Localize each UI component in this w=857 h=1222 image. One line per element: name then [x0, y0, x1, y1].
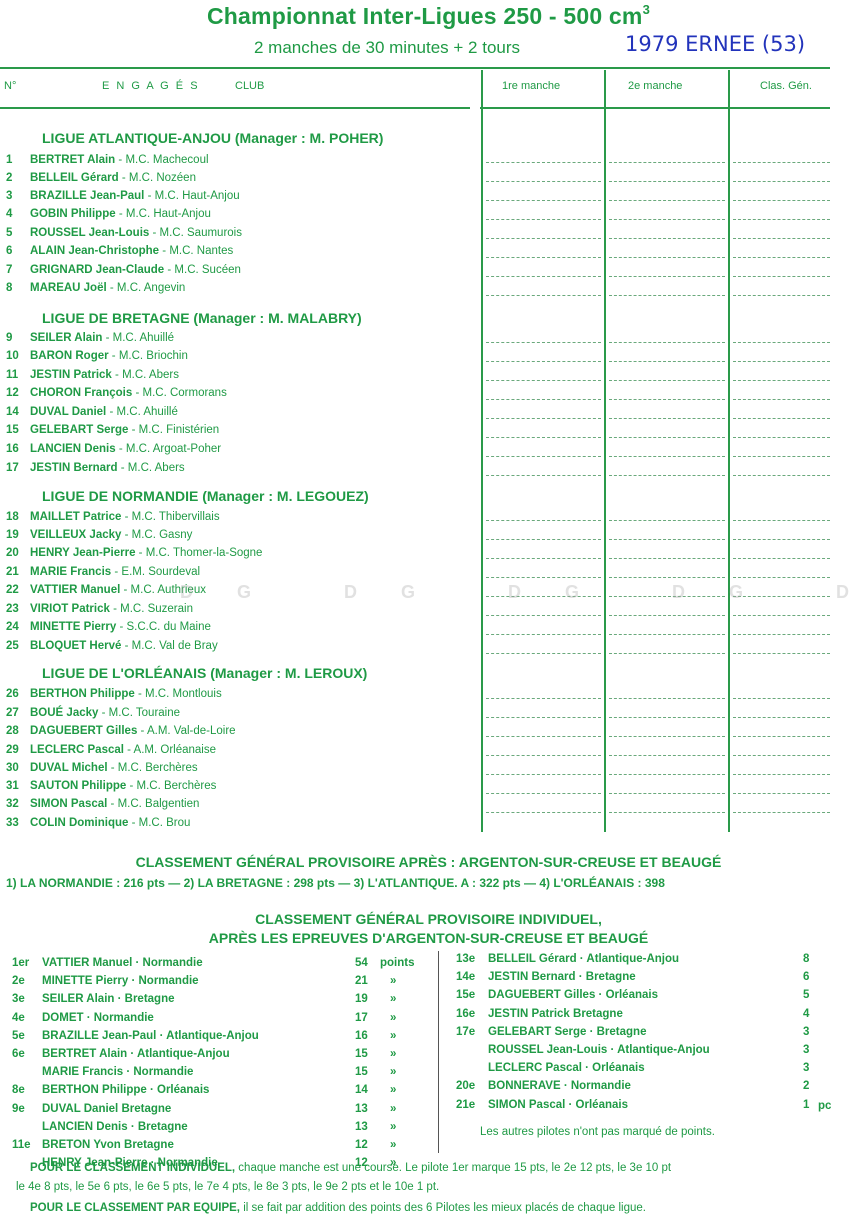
points: 2 [803, 1080, 809, 1092]
score-line [733, 437, 830, 438]
rule-team: POUR LE CLASSEMENT PAR EQUIPE, il se fai… [30, 1202, 646, 1214]
score-line [733, 558, 830, 559]
individual-standings-heading-2: APRÈS LES EPREUVES D'ARGENTON-SUR-CREUSE… [0, 930, 857, 946]
rank: 16e [456, 1008, 488, 1020]
header-bottom-rule [0, 107, 470, 109]
score-line [486, 812, 601, 813]
points: 12 [355, 1139, 368, 1151]
entry-row: 20HENRY Jean-Pierre - M.C. Thomer-la-Sog… [6, 547, 262, 559]
score-line [609, 399, 725, 400]
score-line [486, 755, 601, 756]
rank: 20e [456, 1080, 488, 1092]
score-line [609, 257, 725, 258]
standing-row: 17eGELEBART Serge · Bretagne3 [456, 1026, 856, 1038]
score-line [609, 162, 725, 163]
individual-standings-heading-1: CLASSEMENT GÉNÉRAL PROVISOIRE INDIVIDUEL… [0, 911, 857, 927]
score-line [609, 219, 725, 220]
watermark: DG DG DG DG DG DG DG [180, 582, 857, 642]
standings-divider [438, 951, 439, 1153]
rider: BONNERAVE · Normandie [488, 1080, 631, 1092]
rider: GELEBART Serge · Bretagne [488, 1026, 646, 1038]
header-num: N° [4, 80, 16, 92]
rank: 17e [456, 1026, 488, 1038]
rule-individual: POUR LE CLASSEMENT INDIVIDUEL, chaque ma… [30, 1162, 671, 1174]
score-line [609, 238, 725, 239]
entry-row: 8MAREAU Joël - M.C. Angevin [6, 282, 185, 294]
standing-row: 9eDUVAL Daniel Bretagne13» [12, 1103, 432, 1115]
team-standings-heading: CLASSEMENT GÉNÉRAL PROVISOIRE APRÈS : AR… [0, 854, 857, 870]
points: 19 [355, 993, 368, 1005]
score-line [486, 437, 601, 438]
points: 3 [803, 1044, 809, 1056]
score-line [486, 162, 601, 163]
rank: 9e [12, 1103, 42, 1115]
entry-row: 23VIRIOT Patrick - M.C. Suzerain [6, 603, 193, 615]
header-engages: E N G A G É S [102, 80, 200, 92]
points: 3 [803, 1062, 809, 1074]
points-unit: » [390, 1012, 396, 1024]
entry-row: 5ROUSSEL Jean-Louis - M.C. Saumurois [6, 227, 242, 239]
score-line [733, 219, 830, 220]
standing-row: MARIE Francis · Normandie15» [12, 1066, 432, 1078]
standing-row: 21eSIMON Pascal · Orléanais1 [456, 1099, 856, 1111]
score-line [609, 342, 725, 343]
entry-row: 26BERTHON Philippe - M.C. Montlouis [6, 688, 222, 700]
score-line [609, 418, 725, 419]
points: 15 [355, 1048, 368, 1060]
points-unit: » [390, 1084, 396, 1096]
score-line [733, 418, 830, 419]
score-line [733, 342, 830, 343]
rank: 3e [12, 993, 42, 1005]
score-line [733, 162, 830, 163]
score-line [733, 793, 830, 794]
points: 3 [803, 1026, 809, 1038]
standing-row: ROUSSEL Jean-Louis · Atlantique-Anjou3 [456, 1044, 856, 1056]
points-unit: » [390, 1121, 396, 1133]
score-line [733, 276, 830, 277]
entry-row: 19VEILLEUX Jacky - M.C. Gasny [6, 529, 192, 541]
rank: 15e [456, 989, 488, 1001]
score-line [486, 361, 601, 362]
rider: LECLERC Pascal · Orléanais [488, 1062, 645, 1074]
score-line [609, 736, 725, 737]
score-line [733, 456, 830, 457]
score-line [486, 698, 601, 699]
score-line [733, 653, 830, 654]
league-title: LIGUE ATLANTIQUE-ANJOU (Manager : M. POH… [42, 130, 383, 146]
entry-row: 21MARIE Francis - E.M. Sourdeval [6, 566, 200, 578]
rider: DOMET · Normandie [42, 1012, 154, 1024]
rider: LANCIEN Denis · Bretagne [42, 1121, 188, 1133]
score-line [609, 653, 725, 654]
score-line [733, 475, 830, 476]
rider: SEILER Alain · Bretagne [42, 993, 175, 1005]
score-line [733, 295, 830, 296]
score-line [733, 399, 830, 400]
score-line [609, 634, 725, 635]
score-line [609, 276, 725, 277]
league-title: LIGUE DE BRETAGNE (Manager : M. MALABRY) [42, 310, 362, 326]
score-line [486, 539, 601, 540]
column-divider-1 [481, 70, 483, 832]
entry-row: 32SIMON Pascal - M.C. Balgentien [6, 798, 199, 810]
entry-row: 16LANCIEN Denis - M.C. Argoat-Poher [6, 443, 221, 455]
entry-row: 10BARON Roger - M.C. Briochin [6, 350, 188, 362]
standing-row: LECLERC Pascal · Orléanais3 [456, 1062, 856, 1074]
score-line [609, 812, 725, 813]
score-line [609, 520, 725, 521]
rider: SIMON Pascal · Orléanais [488, 1099, 628, 1111]
score-line [486, 736, 601, 737]
rider: DUVAL Daniel Bretagne [42, 1103, 171, 1115]
points-unit: » [390, 1139, 396, 1151]
rank: 6e [12, 1048, 42, 1060]
rank: 2e [12, 975, 42, 987]
points: 17 [355, 1012, 368, 1024]
rider: BERTHON Philippe · Orléanais [42, 1084, 209, 1096]
score-line [486, 399, 601, 400]
rider: MINETTE Pierry · Normandie [42, 975, 199, 987]
score-line [486, 577, 601, 578]
rider: DAGUEBERT Gilles · Orléanais [488, 989, 658, 1001]
score-line [733, 238, 830, 239]
rank: 1er [12, 957, 42, 969]
score-line [486, 653, 601, 654]
entry-row: 24MINETTE Pierry - S.C.C. du Maine [6, 621, 211, 633]
rider: BELLEIL Gérard · Atlantique-Anjou [488, 953, 679, 965]
standing-row: 4eDOMET · Normandie17» [12, 1012, 432, 1024]
points-unit: points [380, 957, 415, 969]
points-unit: » [390, 1103, 396, 1115]
standing-row: 13eBELLEIL Gérard · Atlantique-Anjou8 [456, 953, 856, 965]
score-line [486, 418, 601, 419]
entry-row: 30DUVAL Michel - M.C. Berchères [6, 762, 198, 774]
points-unit: » [390, 1030, 396, 1042]
entry-row: 9SEILER Alain - M.C. Ahuillé [6, 332, 174, 344]
score-line [609, 577, 725, 578]
entry-row: 22VATTIER Manuel - M.C. Authrieux [6, 584, 206, 596]
score-line [486, 634, 601, 635]
entry-row: 2BELLEIL Gérard - M.C. Nozéen [6, 172, 196, 184]
score-line [733, 812, 830, 813]
standing-row: LANCIEN Denis · Bretagne13» [12, 1121, 432, 1133]
score-line [733, 634, 830, 635]
score-line [486, 615, 601, 616]
league-title: LIGUE DE L'ORLÉANAIS (Manager : M. LEROU… [42, 665, 367, 681]
score-line [609, 793, 725, 794]
score-line [609, 361, 725, 362]
standing-row: 1erVATTIER Manuel · Normandie54points [12, 957, 432, 969]
score-line [733, 615, 830, 616]
points: 16 [355, 1030, 368, 1042]
score-line [486, 200, 601, 201]
score-line [609, 755, 725, 756]
standing-row: 8eBERTHON Philippe · Orléanais14» [12, 1084, 432, 1096]
standing-row: 5eBRAZILLE Jean-Paul · Atlantique-Anjou1… [12, 1030, 432, 1042]
score-line [733, 361, 830, 362]
entry-row: 28DAGUEBERT Gilles - A.M. Val-de-Loire [6, 725, 236, 737]
column-divider-2 [604, 70, 606, 832]
rank: 5e [12, 1030, 42, 1042]
column-divider-3 [728, 70, 730, 832]
points: 6 [803, 971, 809, 983]
entry-row: 12CHORON François - M.C. Cormorans [6, 387, 227, 399]
page-subtitle: 2 manches de 30 minutes + 2 tours [254, 38, 520, 58]
standing-row: 14eJESTIN Bernard · Bretagne6 [456, 971, 856, 983]
score-line [733, 577, 830, 578]
points: 21 [355, 975, 368, 987]
rank: 21e [456, 1099, 488, 1111]
score-line [486, 558, 601, 559]
rank: 11e [12, 1139, 42, 1151]
score-line [609, 774, 725, 775]
rider: BRAZILLE Jean-Paul · Atlantique-Anjou [42, 1030, 259, 1042]
standing-row: 6eBERTRET Alain · Atlantique-Anjou15» [12, 1048, 432, 1060]
entry-row: 7GRIGNARD Jean-Claude - M.C. Sucéen [6, 264, 241, 276]
score-line [609, 456, 725, 457]
team-standings-line: 1) LA NORMANDIE : 216 pts — 2) LA BRETAG… [6, 876, 665, 890]
points: 54 [355, 957, 368, 969]
entry-row: 18MAILLET Patrice - M.C. Thibervillais [6, 511, 220, 523]
entry-row: 6ALAIN Jean-Christophe - M.C. Nantes [6, 245, 233, 257]
score-line [486, 257, 601, 258]
score-line [486, 793, 601, 794]
score-line [486, 380, 601, 381]
standing-row: 3eSEILER Alain · Bretagne19» [12, 993, 432, 1005]
score-line [733, 698, 830, 699]
rider: ROUSSEL Jean-Louis · Atlantique-Anjou [488, 1044, 710, 1056]
header-club: CLUB [235, 80, 264, 92]
entry-row: 33COLIN Dominique - M.C. Brou [6, 817, 190, 829]
entry-row: 14DUVAL Daniel - M.C. Ahuillé [6, 406, 178, 418]
score-line [609, 596, 725, 597]
score-line [733, 520, 830, 521]
score-line [733, 539, 830, 540]
score-line [733, 736, 830, 737]
points-unit: » [390, 1048, 396, 1060]
score-line [733, 200, 830, 201]
program-page: Championnat Inter-Ligues 250 - 500 cm3 2… [0, 0, 857, 1222]
points: 5 [803, 989, 809, 1001]
standing-row: 16eJESTIN Patrick Bretagne4 [456, 1008, 856, 1020]
header-manche-2: 2e manche [628, 80, 682, 92]
entry-row: 27BOUÉ Jacky - M.C. Touraine [6, 707, 180, 719]
entry-row: 3BRAZILLE Jean-Paul - M.C. Haut-Anjou [6, 190, 240, 202]
rider: BRETON Yvon Bretagne [42, 1139, 174, 1151]
score-line [609, 717, 725, 718]
entry-row: 11JESTIN Patrick - M.C. Abers [6, 369, 179, 381]
year-location-stamp: 1979 ERNEE (53) [625, 32, 805, 56]
score-line [486, 181, 601, 182]
rider: MARIE Francis · Normandie [42, 1066, 193, 1078]
standing-row: 11eBRETON Yvon Bretagne12» [12, 1139, 432, 1151]
score-line [609, 698, 725, 699]
entry-row: 4GOBIN Philippe - M.C. Haut-Anjou [6, 208, 211, 220]
rider: BERTRET Alain · Atlantique-Anjou [42, 1048, 230, 1060]
score-line [486, 475, 601, 476]
points: 1 [803, 1099, 809, 1111]
score-line [733, 596, 830, 597]
score-line [486, 342, 601, 343]
rank: 4e [12, 1012, 42, 1024]
points: 13 [355, 1103, 368, 1115]
score-line [733, 181, 830, 182]
rank: 13e [456, 953, 488, 965]
score-line [609, 558, 725, 559]
standing-row: 15eDAGUEBERT Gilles · Orléanais5 [456, 989, 856, 1001]
score-line [609, 295, 725, 296]
points-unit: » [390, 1066, 396, 1078]
score-line [609, 437, 725, 438]
others-note: Les autres pilotes n'ont pas marqué de p… [480, 1126, 715, 1138]
rider: JESTIN Bernard · Bretagne [488, 971, 636, 983]
rider: JESTIN Patrick Bretagne [488, 1008, 623, 1020]
score-line [486, 717, 601, 718]
score-line [486, 596, 601, 597]
points: 8 [803, 953, 809, 965]
entry-row: 1BERTRET Alain - M.C. Machecoul [6, 154, 209, 166]
standing-row: 20eBONNERAVE · Normandie2 [456, 1080, 856, 1092]
header-clas-gen: Clas. Gén. [760, 80, 812, 92]
points: 15 [355, 1066, 368, 1078]
page-title: Championnat Inter-Ligues 250 - 500 cm3 [0, 2, 857, 30]
score-line [609, 200, 725, 201]
score-line [609, 475, 725, 476]
header-manche-1: 1re manche [502, 80, 560, 92]
score-line [733, 380, 830, 381]
points: 13 [355, 1121, 368, 1133]
entry-row: 15GELEBART Serge - M.C. Finistérien [6, 424, 219, 436]
score-line [486, 520, 601, 521]
entry-row: 29LECLERC Pascal - A.M. Orléanaise [6, 744, 216, 756]
score-line [609, 181, 725, 182]
points: 4 [803, 1008, 809, 1020]
score-line [486, 295, 601, 296]
standing-row: 2eMINETTE Pierry · Normandie21» [12, 975, 432, 987]
points: 14 [355, 1084, 368, 1096]
score-line [609, 380, 725, 381]
score-header-bottom-rule [480, 107, 830, 109]
cut-off-text: pc [818, 1100, 831, 1112]
points-unit: » [390, 975, 396, 987]
score-line [486, 456, 601, 457]
score-line [733, 257, 830, 258]
score-line [733, 774, 830, 775]
rider: VATTIER Manuel · Normandie [42, 957, 203, 969]
score-line [486, 276, 601, 277]
score-line [486, 774, 601, 775]
header-top-rule [0, 67, 830, 69]
rule-individual-cont: le 4e 8 pts, le 5e 6 pts, le 6e 5 pts, l… [16, 1181, 439, 1193]
score-line [733, 717, 830, 718]
entry-row: 17JESTIN Bernard - M.C. Abers [6, 462, 185, 474]
score-line [486, 238, 601, 239]
score-line [609, 539, 725, 540]
score-line [486, 219, 601, 220]
entry-row: 25BLOQUET Hervé - M.C. Val de Bray [6, 640, 218, 652]
league-title: LIGUE DE NORMANDIE (Manager : M. LEGOUEZ… [42, 488, 369, 504]
score-line [609, 615, 725, 616]
points-unit: » [390, 993, 396, 1005]
rank: 8e [12, 1084, 42, 1096]
entry-row: 31SAUTON Philippe - M.C. Berchères [6, 780, 216, 792]
rank: 14e [456, 971, 488, 983]
score-line [733, 755, 830, 756]
